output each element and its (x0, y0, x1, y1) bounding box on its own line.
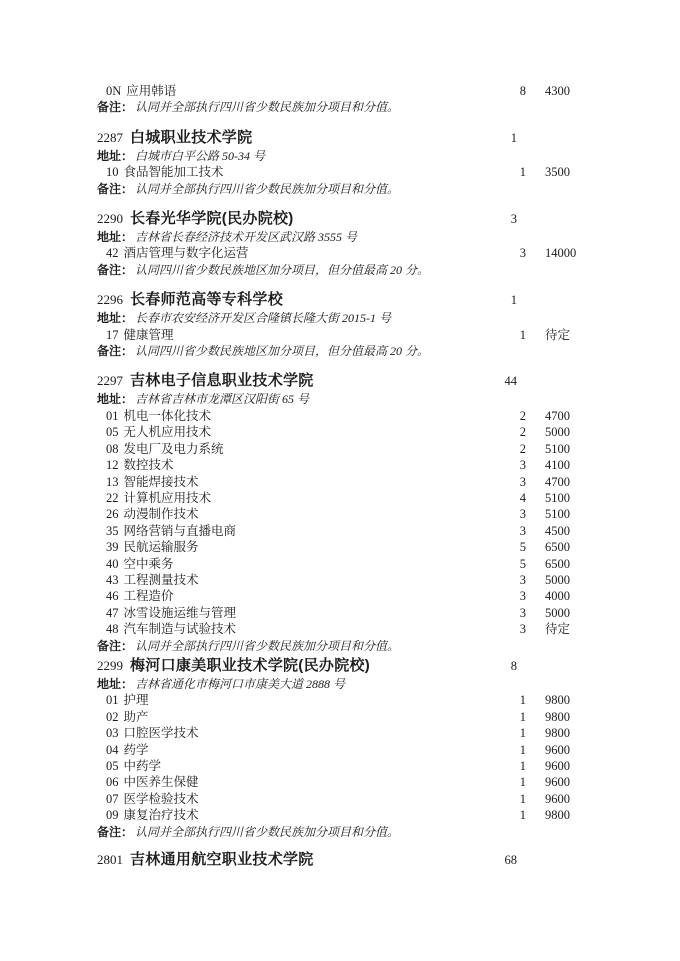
major-code: 26 (106, 507, 119, 521)
major-name: 民航运输服务 (124, 540, 199, 554)
major-tuition-fee: 14000 (526, 245, 645, 261)
school-code: 2801 (97, 852, 123, 867)
school-header-row: 2290长春光华学院(民办院校) 3 (97, 209, 640, 229)
major-row: 0N应用韩语 8 4300 (97, 83, 640, 99)
note-row: 备注：认同并全部执行四川省少数民族加分项目和分值。 (97, 181, 640, 197)
major-row: 10食品智能加工技术 1 3500 (97, 164, 640, 180)
major-name: 工程造价 (124, 589, 174, 603)
major-row: 43工程测量技术 3 5000 (97, 572, 640, 588)
major-plan-count: 1 (486, 807, 526, 823)
meta-text: 认同并全部执行四川省少数民族加分项目和分值。 (135, 825, 399, 839)
major-row: 07医学检验技术 1 9600 (97, 791, 640, 807)
major-name: 工程测量技术 (124, 573, 199, 587)
address-row: 地址：吉林省长春经济技术开发区武汉路 3555 号 (97, 229, 640, 245)
school-total-count: 3 (477, 209, 517, 229)
major-row: 26动漫制作技术 3 5100 (97, 506, 640, 522)
school-name: 长春师范高等专科学校 (130, 291, 283, 308)
major-row: 35网络营销与直播电商 3 4500 (97, 523, 640, 539)
school-code: 2290 (97, 211, 123, 226)
major-row: 22计算机应用技术 4 5100 (97, 490, 640, 506)
major-plan-count: 2 (486, 424, 526, 440)
school-code: 2299 (97, 658, 123, 673)
major-name: 口腔医学技术 (124, 726, 199, 740)
major-tuition-fee: 5000 (526, 605, 645, 621)
major-plan-count: 5 (486, 556, 526, 572)
major-tuition-fee: 4300 (526, 83, 645, 99)
major-row: 05中药学 1 9600 (97, 758, 640, 774)
meta-text: 认同四川省少数民族地区加分项目，但分值最高 20 分。 (135, 344, 429, 358)
school-code: 2287 (97, 130, 123, 145)
major-plan-count: 3 (486, 245, 526, 261)
meta-text: 认同并全部执行四川省少数民族加分项目和分值。 (135, 639, 399, 653)
major-plan-count: 8 (486, 83, 526, 99)
major-name: 冰雪设施运维与管理 (124, 606, 237, 620)
school-header-text: 2287白城职业技术学院 (97, 128, 477, 148)
major-plan-count: 3 (486, 523, 526, 539)
major-plan-count: 3 (486, 588, 526, 604)
major-tuition-fee: 9600 (526, 758, 645, 774)
major-code: 39 (106, 540, 119, 554)
school-section-2296: 2296长春师范高等专科学校 1 地址：长春市农安经济开发区合隆镇长隆大街 20… (97, 290, 640, 359)
school-header-row: 2299梅河口康美职业技术学院(民办院校) 8 (97, 656, 640, 676)
major-name: 网络营销与直播电商 (124, 524, 237, 538)
major-code: 10 (106, 165, 119, 179)
major-code: 04 (106, 743, 119, 757)
major-plan-count: 1 (486, 774, 526, 790)
major-name: 发电厂及电力系统 (124, 442, 224, 456)
major-row: 01护理 1 9800 (97, 692, 640, 708)
continuation-section: 0N应用韩语 8 4300 备注：认同并全部执行四川省少数民族加分项目和分值。 (97, 83, 640, 116)
major-code: 43 (106, 573, 119, 587)
major-plan-count: 3 (486, 621, 526, 637)
note-row: 备注：认同并全部执行四川省少数民族加分项目和分值。 (97, 638, 640, 654)
major-name: 汽车制造与试验技术 (124, 622, 237, 636)
major-tuition-fee: 待定 (526, 621, 645, 637)
major-row: 02助产 1 9800 (97, 709, 640, 725)
major-code: 07 (106, 792, 119, 806)
school-section-2297: 2297吉林电子信息职业技术学院 44 地址：吉林省吉林市龙潭区汉阳街 65 号… (97, 371, 640, 654)
major-tuition-fee: 5100 (526, 506, 645, 522)
school-header-row: 2801吉林通用航空职业技术学院 68 (97, 850, 640, 870)
major-name: 中药学 (124, 759, 162, 773)
school-header-text: 2296长春师范高等专科学校 (97, 290, 477, 310)
meta-label: 备注： (97, 182, 133, 196)
school-total-count: 8 (477, 656, 517, 676)
major-tuition-fee: 9600 (526, 791, 645, 807)
major-tuition-fee: 6500 (526, 539, 645, 555)
meta-label: 地址： (97, 149, 133, 163)
meta-text: 长春市农安经济开发区合隆镇长隆大街 2015-1 号 (135, 311, 391, 325)
school-header-text: 2290长春光华学院(民办院校) (97, 209, 477, 229)
major-code: 12 (106, 458, 119, 472)
address-row: 地址：长春市农安经济开发区合隆镇长隆大街 2015-1 号 (97, 310, 640, 326)
major-name: 药学 (124, 743, 149, 757)
school-header-text: 2299梅河口康美职业技术学院(民办院校) (97, 656, 477, 676)
school-name: 吉林电子信息职业技术学院 (130, 372, 314, 389)
major-row: 01机电一体化技术 2 4700 (97, 408, 640, 424)
major-name: 动漫制作技术 (124, 507, 199, 521)
meta-label: 地址： (97, 311, 133, 325)
major-row: 39民航运输服务 5 6500 (97, 539, 640, 555)
school-total-count: 1 (477, 128, 517, 148)
address-row: 地址：吉林省吉林市龙潭区汉阳街 65 号 (97, 391, 640, 407)
major-plan-count: 3 (486, 506, 526, 522)
major-plan-count: 2 (486, 408, 526, 424)
major-plan-count: 1 (486, 164, 526, 180)
major-plan-count: 1 (486, 327, 526, 343)
school-name: 长春光华学院(民办院校) (130, 210, 294, 227)
major-plan-count: 3 (486, 605, 526, 621)
major-tuition-fee: 4100 (526, 457, 645, 473)
meta-text: 吉林省吉林市龙潭区汉阳街 65 号 (135, 392, 309, 406)
major-tuition-fee: 3500 (526, 164, 645, 180)
major-plan-count: 1 (486, 725, 526, 741)
major-row: 42酒店管理与数字化运营 3 14000 (97, 245, 640, 261)
major-plan-count: 1 (486, 709, 526, 725)
major-tuition-fee: 5100 (526, 441, 645, 457)
major-row: 04药学 1 9600 (97, 742, 640, 758)
major-name: 计算机应用技术 (124, 491, 212, 505)
meta-label: 地址： (97, 677, 133, 691)
major-plan-count: 1 (486, 692, 526, 708)
major-name: 康复治疗技术 (124, 808, 199, 822)
major-row: 13智能焊接技术 3 4700 (97, 474, 640, 490)
school-section-2287: 2287白城职业技术学院 1 地址：白城市白平公路 50-34 号 10食品智能… (97, 128, 640, 197)
major-tuition-fee: 9800 (526, 725, 645, 741)
major-code: 01 (106, 693, 119, 707)
meta-text: 吉林省通化市梅河口市康美大道 2888 号 (135, 677, 345, 691)
major-code: 01 (106, 409, 119, 423)
meta-label: 备注： (97, 100, 133, 114)
major-plan-count: 3 (486, 572, 526, 588)
major-name: 中医养生保健 (124, 775, 199, 789)
major-row: 06中医养生保健 1 9600 (97, 774, 640, 790)
meta-text: 认同四川省少数民族地区加分项目，但分值最高 20 分。 (135, 263, 429, 277)
major-code: 17 (106, 328, 119, 342)
school-code: 2297 (97, 373, 123, 388)
school-header-row: 2287白城职业技术学院 1 (97, 128, 640, 148)
major-plan-count: 5 (486, 539, 526, 555)
major-plan-count: 1 (486, 742, 526, 758)
major-code: 0N (106, 84, 121, 98)
major-name: 食品智能加工技术 (124, 165, 224, 179)
major-tuition-fee: 6500 (526, 556, 645, 572)
major-row: 05无人机应用技术 2 5000 (97, 424, 640, 440)
major-code: 03 (106, 726, 119, 740)
major-tuition-fee: 9800 (526, 709, 645, 725)
major-code: 35 (106, 524, 119, 538)
school-header-text: 2801吉林通用航空职业技术学院 (97, 850, 477, 870)
major-tuition-fee: 5000 (526, 424, 645, 440)
major-row: 09康复治疗技术 1 9800 (97, 807, 640, 823)
note-row: 备注：认同四川省少数民族地区加分项目，但分值最高 20 分。 (97, 343, 640, 359)
major-row: 46工程造价 3 4000 (97, 588, 640, 604)
school-total-count: 44 (477, 371, 517, 391)
document-body: 0N应用韩语 8 4300 备注：认同并全部执行四川省少数民族加分项目和分值。 … (97, 83, 640, 870)
major-code: 13 (106, 475, 119, 489)
major-name: 机电一体化技术 (124, 409, 212, 423)
major-code: 46 (106, 589, 119, 603)
major-name: 空中乘务 (124, 557, 174, 571)
major-tuition-fee: 9600 (526, 774, 645, 790)
school-total-count: 68 (477, 850, 517, 870)
school-section-2299: 2299梅河口康美职业技术学院(民办院校) 8 地址：吉林省通化市梅河口市康美大… (97, 656, 640, 840)
major-tuition-fee: 9600 (526, 742, 645, 758)
major-name: 无人机应用技术 (124, 425, 212, 439)
document-page: 0N应用韩语 8 4300 备注：认同并全部执行四川省少数民族加分项目和分值。 … (0, 0, 680, 961)
major-plan-count: 1 (486, 758, 526, 774)
major-row: 08发电厂及电力系统 2 5100 (97, 441, 640, 457)
major-tuition-fee: 4700 (526, 408, 645, 424)
school-header-row: 2296长春师范高等专科学校 1 (97, 290, 640, 310)
major-row: 47冰雪设施运维与管理 3 5000 (97, 605, 640, 621)
major-row: 12数控技术 3 4100 (97, 457, 640, 473)
major-code: 08 (106, 442, 119, 456)
school-section-2801: 2801吉林通用航空职业技术学院 68 (97, 850, 640, 870)
major-row: 03口腔医学技术 1 9800 (97, 725, 640, 741)
major-row: 48汽车制造与试验技术 3 待定 (97, 621, 640, 637)
major-plan-count: 2 (486, 441, 526, 457)
major-tuition-fee: 4000 (526, 588, 645, 604)
major-tuition-fee: 4500 (526, 523, 645, 539)
school-code: 2296 (97, 292, 123, 307)
major-name: 助产 (124, 710, 149, 724)
school-name: 白城职业技术学院 (130, 129, 252, 146)
major-code: 05 (106, 425, 119, 439)
major-name: 护理 (124, 693, 149, 707)
major-tuition-fee: 5000 (526, 572, 645, 588)
major-code: 09 (106, 808, 119, 822)
note-row: 备注：认同并全部执行四川省少数民族加分项目和分值。 (97, 824, 640, 840)
major-code: 40 (106, 557, 119, 571)
major-name: 健康管理 (124, 328, 174, 342)
meta-text: 认同并全部执行四川省少数民族加分项目和分值。 (135, 100, 399, 114)
major-name: 应用韩语 (126, 84, 176, 98)
school-name: 吉林通用航空职业技术学院 (130, 851, 314, 868)
meta-text: 认同并全部执行四川省少数民族加分项目和分值。 (135, 182, 399, 196)
major-tuition-fee: 5100 (526, 490, 645, 506)
meta-label: 备注： (97, 639, 133, 653)
meta-label: 备注： (97, 825, 133, 839)
major-plan-count: 3 (486, 457, 526, 473)
major-row: 40空中乘务 5 6500 (97, 556, 640, 572)
note-row: 备注：认同并全部执行四川省少数民族加分项目和分值。 (97, 99, 640, 115)
major-row: 17健康管理 1 待定 (97, 327, 640, 343)
major-code: 22 (106, 491, 119, 505)
major-code: 42 (106, 246, 119, 260)
meta-text: 吉林省长春经济技术开发区武汉路 3555 号 (135, 230, 357, 244)
major-code: 06 (106, 775, 119, 789)
major-plan-count: 1 (486, 791, 526, 807)
major-tuition-fee: 9800 (526, 807, 645, 823)
meta-label: 备注： (97, 344, 133, 358)
major-code: 47 (106, 606, 119, 620)
school-name: 梅河口康美职业技术学院(民办院校) (130, 657, 370, 674)
meta-label: 地址： (97, 392, 133, 406)
major-name: 酒店管理与数字化运营 (124, 246, 249, 260)
major-tuition-fee: 9800 (526, 692, 645, 708)
major-name: 智能焊接技术 (124, 475, 199, 489)
school-header-text: 2297吉林电子信息职业技术学院 (97, 371, 477, 391)
major-code: 48 (106, 622, 119, 636)
major-code: 05 (106, 759, 119, 773)
major-name: 医学检验技术 (124, 792, 199, 806)
school-total-count: 1 (477, 290, 517, 310)
meta-text: 白城市白平公路 50-34 号 (135, 149, 265, 163)
major-name: 数控技术 (124, 458, 174, 472)
school-header-row: 2297吉林电子信息职业技术学院 44 (97, 371, 640, 391)
major-code: 02 (106, 710, 119, 724)
note-row: 备注：认同四川省少数民族地区加分项目，但分值最高 20 分。 (97, 262, 640, 278)
meta-label: 地址： (97, 230, 133, 244)
major-plan-count: 3 (486, 474, 526, 490)
school-section-2290: 2290长春光华学院(民办院校) 3 地址：吉林省长春经济技术开发区武汉路 35… (97, 209, 640, 278)
address-row: 地址：吉林省通化市梅河口市康美大道 2888 号 (97, 676, 640, 692)
address-row: 地址：白城市白平公路 50-34 号 (97, 148, 640, 164)
major-plan-count: 4 (486, 490, 526, 506)
major-tuition-fee: 4700 (526, 474, 645, 490)
major-tuition-fee: 待定 (526, 327, 645, 343)
meta-label: 备注： (97, 263, 133, 277)
